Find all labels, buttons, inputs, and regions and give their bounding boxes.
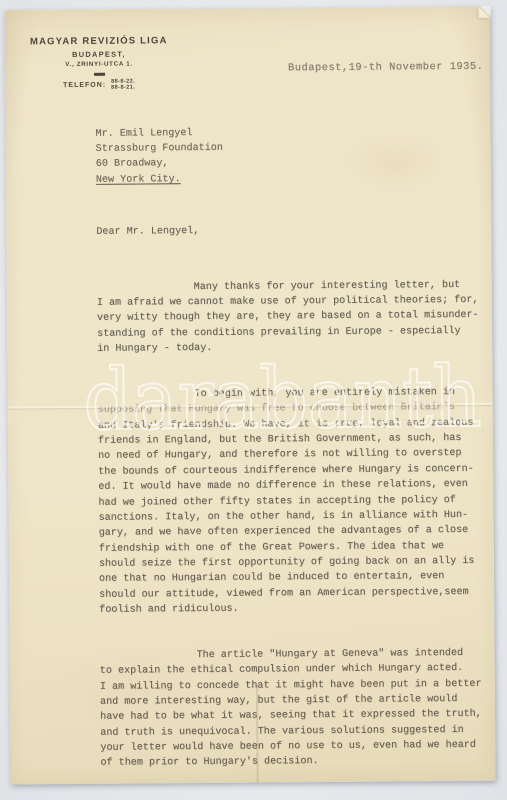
letterhead-street: V., ZRINYI-UTCA 1. [29,60,169,68]
telephone-number-2: 88-8-21. [111,85,135,91]
recipient-name: Mr. Emil Lengyel [95,126,222,142]
body-paragraph-2: To begin with, you are entirely mistaken… [98,385,481,618]
letterhead-divider [94,73,105,76]
recipient-street: 60 Broadway, [96,156,223,172]
date-line: Budapest,19-th November 1935. [288,61,483,75]
letterhead-telephone: TELEFON: 88-8-22. 88-8-21. [29,78,169,92]
dogear-corner [480,6,491,17]
letter-paper: MAGYAR REVIZIÓS LIGA BUDAPEST, V., ZRINY… [5,7,496,785]
recipient-address: Mr. Emil Lengyel Strassburg Foundation 6… [95,126,223,188]
letterhead-city: BUDAPEST, [29,49,169,59]
telephone-number-1: 88-8-22. [111,78,135,84]
salutation: Dear Mr. Lengyel, [96,226,199,238]
recipient-organization: Strassburg Foundation [96,141,223,157]
telephone-label: TELEFON: [63,81,106,88]
telephone-numbers: 88-8-22. 88-8-21. [111,78,135,91]
paper-stain [336,127,457,198]
body-paragraph-3: The article "Hungary at Geneva" was inte… [100,646,483,772]
letterhead-organization: MAGYAR REVIZIÓS LIGA [29,35,169,47]
letter-body: Many thanks for your interesting letter,… [96,247,482,800]
body-paragraph-1: Many thanks for your interesting letter,… [97,278,479,358]
recipient-city: New York City. [96,171,223,187]
letterhead: MAGYAR REVIZIÓS LIGA BUDAPEST, V., ZRINY… [29,35,169,92]
